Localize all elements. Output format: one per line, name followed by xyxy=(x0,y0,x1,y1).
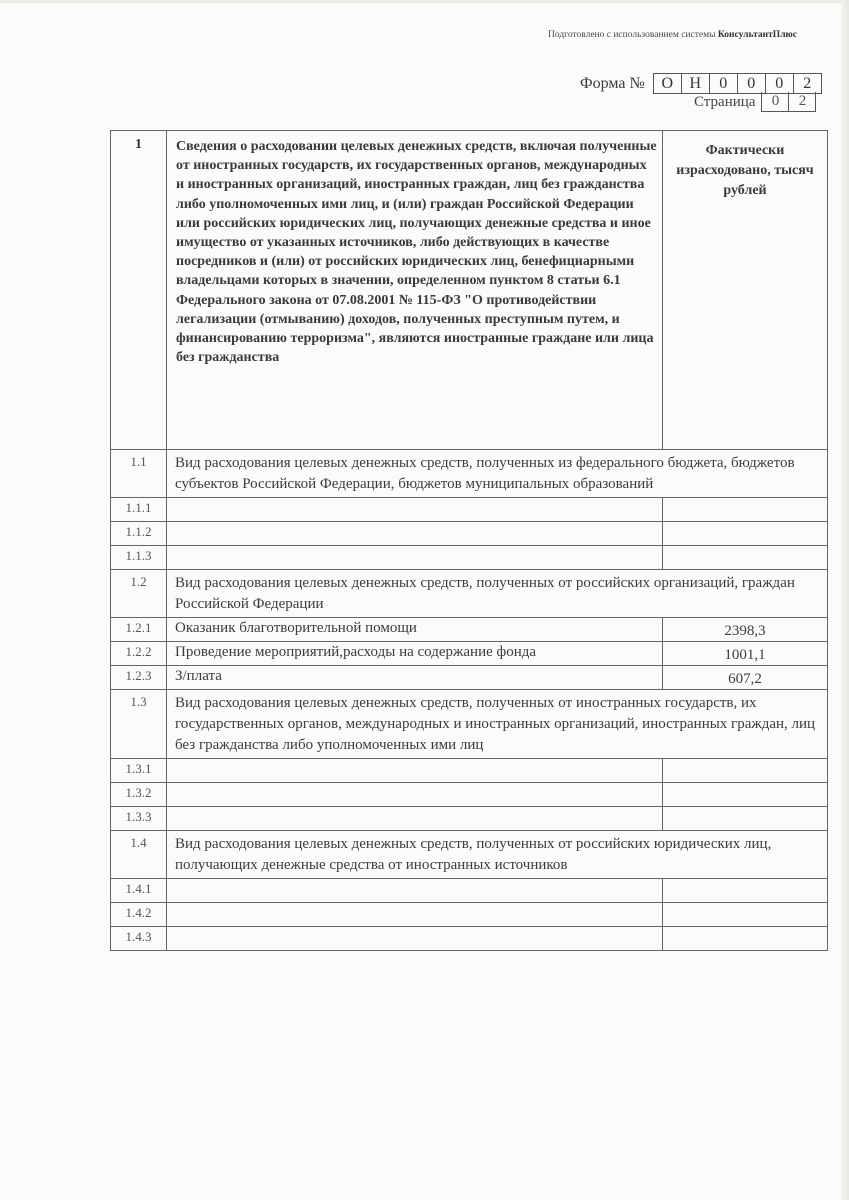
row-description-cell[interactable] xyxy=(167,522,663,546)
row-value-cell[interactable] xyxy=(663,546,828,570)
table-row: 1.4.3 xyxy=(111,927,828,951)
table-row: 1.1.1 xyxy=(111,498,828,522)
row-description-cell[interactable] xyxy=(167,807,663,831)
header-description: Сведения о расходовании целевых денежных… xyxy=(167,131,663,450)
form-code-char: О xyxy=(654,74,682,93)
page-number-digit: 2 xyxy=(789,92,815,111)
row-description-cell[interactable]: Оказаник благотворительной помощи xyxy=(167,618,663,642)
form-number-block: Форма № О Н 0 0 0 2 xyxy=(580,73,822,94)
row-description-cell[interactable] xyxy=(167,759,663,783)
row-description-cell[interactable] xyxy=(167,879,663,903)
section-row: 1.4Вид расходования целевых денежных сре… xyxy=(111,831,828,879)
table-row: 1.1.3 xyxy=(111,546,828,570)
table-row: 1.1.2 xyxy=(111,522,828,546)
page-number-label: Страница xyxy=(694,94,755,111)
row-value-cell[interactable] xyxy=(663,927,828,951)
table-row: 1.4.2 xyxy=(111,903,828,927)
row-description-cell[interactable] xyxy=(167,927,663,951)
table-header-row: 1 Сведения о расходовании целевых денежн… xyxy=(111,131,828,450)
row-value-cell[interactable]: 607,2 xyxy=(663,666,828,690)
table-row: 1.2.1Оказаник благотворительной помощи23… xyxy=(111,618,828,642)
section-num: 1.4 xyxy=(111,831,167,879)
row-value-cell[interactable] xyxy=(663,807,828,831)
row-description-cell[interactable] xyxy=(167,903,663,927)
header-value-column: Фактически израсходовано, тысяч рублей xyxy=(663,131,828,450)
row-value-cell[interactable]: 2398,3 xyxy=(663,618,828,642)
row-num: 1.3.2 xyxy=(111,783,167,807)
form-code-char: Н xyxy=(682,74,710,93)
row-num: 1.3.1 xyxy=(111,759,167,783)
table-row: 1.2.3З/плата607,2 xyxy=(111,666,828,690)
row-value-cell[interactable] xyxy=(663,903,828,927)
section-num: 1.2 xyxy=(111,570,167,618)
row-value-cell[interactable] xyxy=(663,498,828,522)
table-row: 1.3.2 xyxy=(111,783,828,807)
row-description-cell[interactable]: Проведение мероприятий,расходы на содерж… xyxy=(167,642,663,666)
row-value-cell[interactable] xyxy=(663,783,828,807)
consultant-prefix: Подготовлено с использованием системы xyxy=(548,30,716,40)
row-value-cell[interactable]: 1001,1 xyxy=(663,642,828,666)
section-description: Вид расходования целевых денежных средст… xyxy=(167,570,828,618)
section-row: 1.1Вид расходования целевых денежных сре… xyxy=(111,450,828,498)
row-num: 1.2.2 xyxy=(111,642,167,666)
row-description-cell[interactable] xyxy=(167,546,663,570)
consultant-plus-notice: Подготовлено с использованием системы Ко… xyxy=(548,30,797,40)
page-edge-shadow xyxy=(841,0,849,1200)
section-description: Вид расходования целевых денежных средст… xyxy=(167,450,828,498)
row-num: 1.1.2 xyxy=(111,522,167,546)
row-num: 1.4.3 xyxy=(111,927,167,951)
table-row: 1.3.3 xyxy=(111,807,828,831)
form-code-boxes: О Н 0 0 0 2 xyxy=(653,73,822,94)
form-code-char: 0 xyxy=(710,74,738,93)
table-row: 1.3.1 xyxy=(111,759,828,783)
row-description-cell[interactable]: З/плата xyxy=(167,666,663,690)
row-description-cell[interactable] xyxy=(167,783,663,807)
row-value-cell[interactable] xyxy=(663,879,828,903)
row-description-cell[interactable] xyxy=(167,498,663,522)
table-row: 1.2.2Проведение мероприятий,расходы на с… xyxy=(111,642,828,666)
form-code-char: 2 xyxy=(794,74,821,93)
row-num: 1.2.1 xyxy=(111,618,167,642)
row-value-cell[interactable] xyxy=(663,759,828,783)
row-num: 1.1.3 xyxy=(111,546,167,570)
expenditure-table: 1 Сведения о расходовании целевых денежн… xyxy=(110,130,828,951)
row-num: 1.4.2 xyxy=(111,903,167,927)
table-row: 1.4.1 xyxy=(111,879,828,903)
row-value-cell[interactable] xyxy=(663,522,828,546)
form-code-char: 0 xyxy=(766,74,794,93)
section-num: 1.3 xyxy=(111,690,167,759)
row-num: 1.1.1 xyxy=(111,498,167,522)
section-row: 1.2Вид расходования целевых денежных сре… xyxy=(111,570,828,618)
page-number-block: Страница 0 2 xyxy=(694,92,816,112)
page-number-digit: 0 xyxy=(762,92,789,111)
form-number-label: Форма № xyxy=(580,75,645,93)
page-number-boxes: 0 2 xyxy=(761,92,816,112)
row-num: 1.2.3 xyxy=(111,666,167,690)
section-description: Вид расходования целевых денежных средст… xyxy=(167,690,828,759)
form-code-char: 0 xyxy=(738,74,766,93)
section-description: Вид расходования целевых денежных средст… xyxy=(167,831,828,879)
page-edge xyxy=(0,0,849,3)
header-num: 1 xyxy=(111,131,167,450)
consultant-brand: КонсультантПлюс xyxy=(718,30,797,40)
row-num: 1.4.1 xyxy=(111,879,167,903)
section-row: 1.3Вид расходования целевых денежных сре… xyxy=(111,690,828,759)
row-num: 1.3.3 xyxy=(111,807,167,831)
section-num: 1.1 xyxy=(111,450,167,498)
